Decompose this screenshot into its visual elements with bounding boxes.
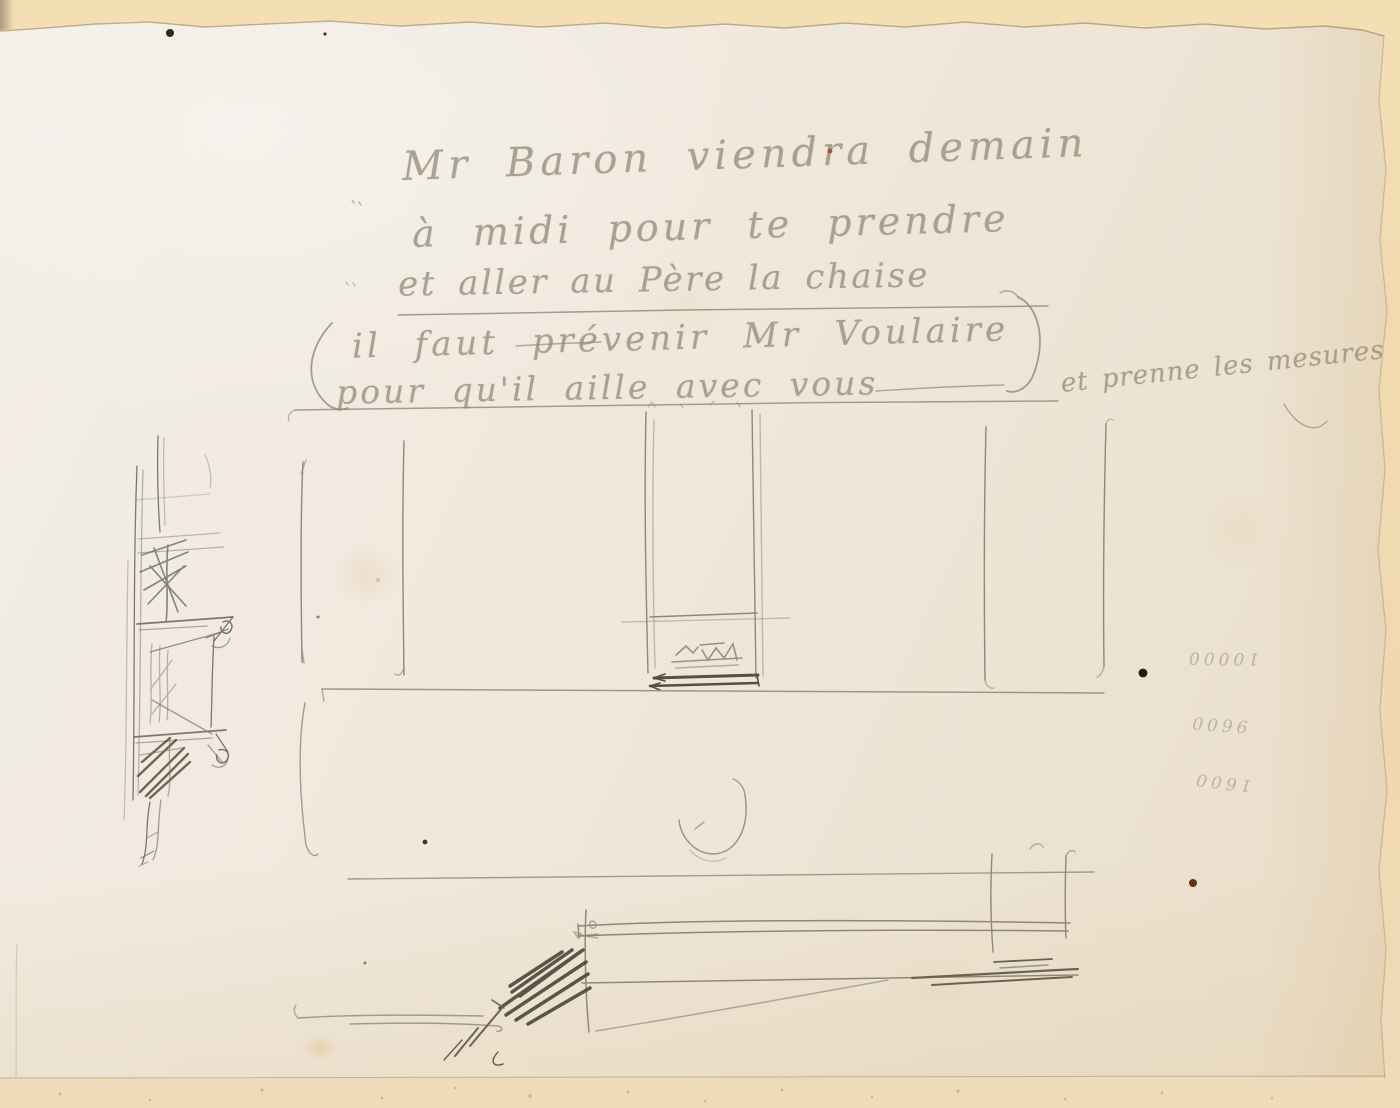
foxing-spot: [300, 1035, 340, 1061]
foxing-spot: [330, 545, 400, 605]
scanned-sheet: Mr Baron viendra demain à midi pour te p…: [0, 0, 1400, 1108]
foxing-spot: [880, 950, 990, 1020]
margin-figure-1: 10000: [1180, 647, 1264, 668]
foxing-spot: [1200, 490, 1280, 570]
